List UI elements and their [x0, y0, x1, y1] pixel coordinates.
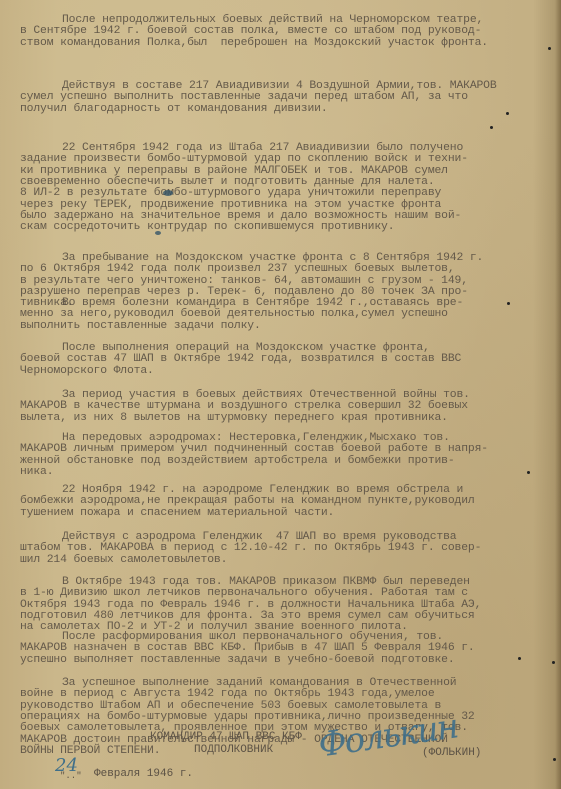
speck [548, 47, 551, 50]
document-date: Февраля 1946 г. [94, 768, 193, 780]
ink-blot [163, 190, 173, 196]
signature-rank-title: КОМАНДИР 47 ШАП ВВС КБФ [150, 731, 302, 743]
paragraph-3-line: задание произвести бомбо-штурмовой удар … [20, 153, 468, 165]
speck [518, 657, 521, 660]
paragraph-12-line: успешно выполняет поставленные задачи в … [20, 654, 455, 666]
paragraph-7-line: вылета, из них 8 вылетов на штурмовку пе… [20, 412, 448, 424]
paragraph-13-line: ВОЙНЫ ПЕРВОЙ СТЕПЕНИ. [20, 745, 160, 757]
speck [507, 302, 510, 305]
paragraph-6-line: Черноморского Флота. [20, 365, 154, 377]
ink-blot [155, 231, 161, 235]
signatory-name: (ФОЛЬКИН) [422, 747, 481, 759]
speck [490, 126, 493, 129]
speck [553, 758, 556, 761]
paragraph-11-line: в 1-ю Дивизию школ летчиков первоначальн… [20, 587, 468, 599]
paragraph-12-line: МАКАРОВ назначен в состав ВВС КБФ. Прибы… [20, 642, 475, 654]
paragraph-8-line: ника. [20, 466, 53, 478]
paragraph-8-line: женной обстановке под воздействием артоб… [20, 455, 455, 467]
paper-edge [555, 0, 561, 789]
paragraph-5-line: менно за него,руководил боевой деятельно… [20, 308, 448, 320]
paragraph-3-line: скам сосредоточить контрудар по скопивше… [20, 221, 394, 233]
paragraph-11-line: подготовил 480 летчиков для фронта. За э… [20, 610, 475, 622]
date-day-placeholder: ".." [60, 771, 82, 781]
paragraph-3-line: через реку ТЕРЕК, продвижение противника… [20, 199, 441, 211]
paragraph-11-line: Октября 1943 года по Февраль 1946 г. в д… [20, 599, 481, 611]
paragraph-3-line: ки противника у переправы в районе МАЛГО… [20, 165, 448, 177]
paragraph-3-line: было задержано на значительное время и д… [20, 210, 461, 222]
paragraph-9-line: бомбежки аэродрома,не прекращая работы н… [20, 495, 475, 507]
paragraph-13-line: войне в период с Августа 1942 года по Ок… [20, 688, 435, 700]
paragraph-1-line: ством командования Полка,был переброшен … [20, 37, 488, 49]
paragraph-9-line: тушением пожара и спасением материальной… [20, 507, 334, 519]
paragraph-5-line: выполнить поставленные задачи полку. [20, 320, 261, 332]
signature-rank: ПОДПОЛКОВНИК [194, 744, 273, 756]
speck [552, 661, 555, 664]
paragraph-4-line: в результате чего уничтожено: танков- 64… [20, 275, 468, 287]
paragraph-2-line: получил благодарность от командования ди… [20, 103, 328, 115]
paragraph-13-line: руководство Штабом АП и обеспечение 503 … [20, 700, 441, 712]
paragraph-3-line: 8 ИЛ-2 в результате бомбо-штурмового уда… [20, 187, 441, 199]
paragraph-1-line: в Сентябре 1942 г. боевой состав полка, … [20, 25, 481, 37]
paragraph-4-line: по 6 Октября 1942 года полк произвел 237… [20, 263, 455, 275]
speck [527, 471, 530, 474]
paragraph-10-line: шил 214 боевых самолетовылетов. [20, 554, 227, 566]
paragraph-6-line: боевой состав 47 ШАП в Октябре 1942 года… [20, 353, 461, 365]
paragraph-10-line: штабом тов. МАКАРОВА в период с 12.10-42… [20, 542, 481, 554]
paragraph-8-line: МАКАРОВ личным примером учил подчиненный… [20, 443, 488, 455]
paragraph-2-line: сумел успешно выполнить поставленные зад… [20, 91, 468, 103]
speck [506, 112, 509, 115]
paragraph-7-line: МАКАРОВ в качестве штурмана и воздушного… [20, 400, 468, 412]
